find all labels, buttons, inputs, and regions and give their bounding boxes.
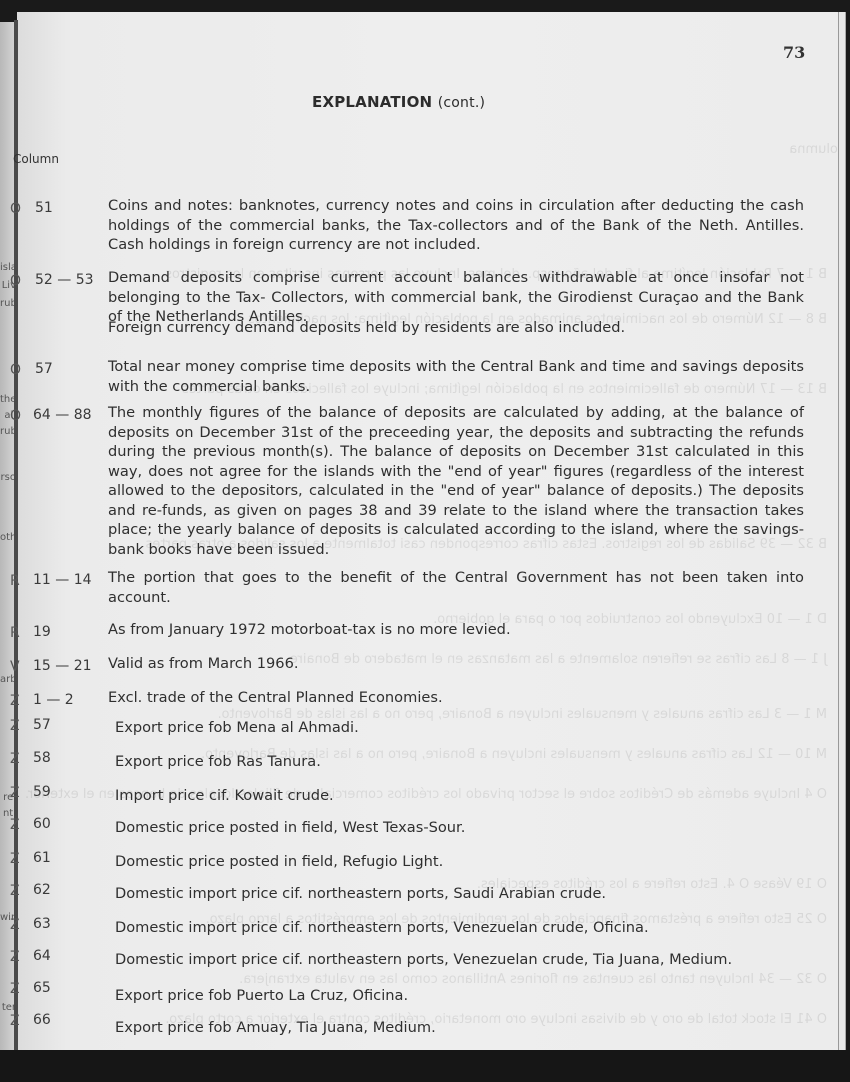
- section-letter: O: [10, 201, 21, 217]
- explanation-text: The portion that goes to the benefit of …: [108, 568, 804, 607]
- section-letter: Z: [10, 718, 20, 734]
- column-number: 59: [33, 784, 51, 800]
- explanation-text-continued: Foreign currency demand deposits held by…: [108, 318, 625, 338]
- explanation-text: Import price cif. Kowait crude.: [115, 786, 835, 806]
- explanation-text: Valid as from March 1966.: [108, 654, 828, 674]
- column-number: 61: [33, 850, 51, 866]
- section-letter: Z: [10, 1013, 20, 1029]
- section-letter: Z: [10, 949, 20, 965]
- column-heading: Column: [13, 152, 59, 166]
- scan-background: [0, 1050, 850, 1082]
- explanation-text: As from January 1972 motorboat-tax is no…: [108, 620, 828, 640]
- explanation-text: Export price fob Mena al Ahmadi.: [115, 718, 835, 738]
- explanation-text: Coins and notes: banknotes, currency not…: [108, 196, 804, 255]
- explanation-text: Excl. trade of the Central Planned Econo…: [108, 688, 828, 708]
- section-letter: Z: [10, 751, 20, 767]
- page-number: 73: [783, 43, 805, 62]
- bleed-line: O 32 — 34 Incluyen tanto las cuentas en …: [239, 972, 827, 987]
- explanation-text: Export price fob Puerto La Cruz, Oficina…: [115, 986, 835, 1006]
- column-number: 63: [33, 916, 51, 932]
- section-letter: Z: [10, 981, 20, 997]
- column-number: 19: [33, 624, 51, 640]
- explanation-text: Domestic import price cif. northeastern …: [115, 884, 835, 904]
- title-text: EXPLANATION: [312, 93, 432, 111]
- section-letter: V: [10, 659, 20, 675]
- book-spine: [14, 20, 18, 1065]
- section-letter: R: [10, 625, 20, 641]
- column-number: 64: [33, 948, 51, 964]
- explanation-text: Domestic price posted in field, West Tex…: [115, 818, 835, 838]
- section-letter: Z: [10, 917, 20, 933]
- column-number: 1 — 2: [33, 692, 74, 708]
- explanation-text: Export price fob Amuay, Tia Juana, Mediu…: [115, 1018, 835, 1038]
- section-letter: R: [10, 573, 20, 589]
- section-letter: Z: [10, 851, 20, 867]
- section-letter: Z: [10, 693, 20, 709]
- explanation-text: Domestic price posted in field, Refugio …: [115, 852, 835, 872]
- column-number: 60: [33, 816, 51, 832]
- page-title: EXPLANATION (cont.): [312, 93, 485, 111]
- section-letter: O: [10, 273, 21, 289]
- column-number: 57: [33, 717, 51, 733]
- section-letter: Z: [10, 817, 20, 833]
- page-edge: [838, 12, 846, 1052]
- column-number: 65: [33, 980, 51, 996]
- column-number: 11 — 14: [33, 572, 92, 588]
- explanation-text: Export price fob Ras Tanura.: [115, 752, 835, 772]
- explanation-text: The monthly figures of the balance of de…: [108, 403, 804, 559]
- section-letter: Z: [10, 785, 20, 801]
- column-number: 58: [33, 750, 51, 766]
- column-number: 66: [33, 1012, 51, 1028]
- explanation-text: Domestic import price cif. northeastern …: [115, 950, 835, 970]
- column-number: 62: [33, 882, 51, 898]
- column-number: 52 — 53: [35, 272, 94, 288]
- section-letter: Z: [10, 883, 20, 899]
- explanation-text: Total near money comprise time deposits …: [108, 357, 804, 396]
- section-letter: O: [10, 362, 21, 378]
- title-suffix: (cont.): [438, 95, 485, 111]
- column-number: 64 — 88: [33, 407, 92, 423]
- section-letter: O: [10, 408, 21, 424]
- column-number: 15 — 21: [33, 658, 92, 674]
- explanation-text: Domestic import price cif. northeastern …: [115, 918, 835, 938]
- column-number: 57: [35, 361, 53, 377]
- column-number: 51: [35, 200, 53, 216]
